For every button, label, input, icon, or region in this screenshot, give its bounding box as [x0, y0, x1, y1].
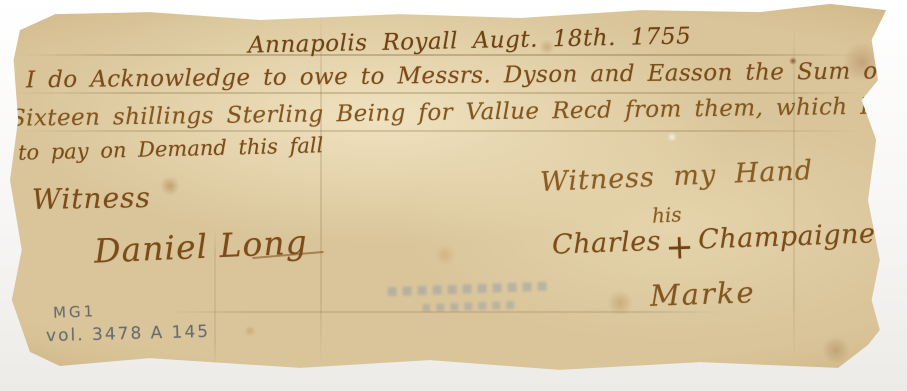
- signer-first-name: Charles: [552, 226, 662, 261]
- archival-note-line-1: MG1: [53, 302, 97, 321]
- body-text-line-2: Sixteen shillings Sterling Being for Val…: [10, 92, 907, 132]
- fold-crease-horizontal-2: [9, 92, 871, 94]
- his-mark-cross: +: [665, 228, 695, 268]
- body-text-line-1: I do Acknowledge to owe to Messrs. Dyson…: [26, 57, 907, 94]
- stamp-line-2: [422, 301, 514, 312]
- archival-stamp: [387, 278, 573, 320]
- attestation-phrase: Witness my Hand: [539, 155, 813, 198]
- signature-charles-champaigne: Charles+Champaigne: [552, 218, 876, 260]
- signature-daniel-long: Daniel Long: [93, 222, 308, 270]
- paper-sheet: Annapolis Royall Augt. 18th. 1755 I do A…: [0, 0, 907, 391]
- document-scan: Annapolis Royall Augt. 18th. 1755 I do A…: [0, 0, 907, 391]
- his-label: his: [651, 202, 682, 228]
- dateline: Annapolis Royall Augt. 18th. 1755: [248, 23, 692, 58]
- signer-last-name: Champaigne: [698, 218, 876, 255]
- marke-label: Marke: [649, 275, 756, 313]
- stamp-line-1: [388, 282, 548, 297]
- witness-label: Witness: [32, 181, 151, 216]
- fold-crease-horizontal-3: [18, 130, 862, 132]
- body-text-line-3: to pay on Demand this fall: [18, 133, 324, 164]
- fold-crease-horizontal-4: [163, 311, 725, 313]
- archival-note-line-2: vol. 3478 A 145: [46, 322, 211, 346]
